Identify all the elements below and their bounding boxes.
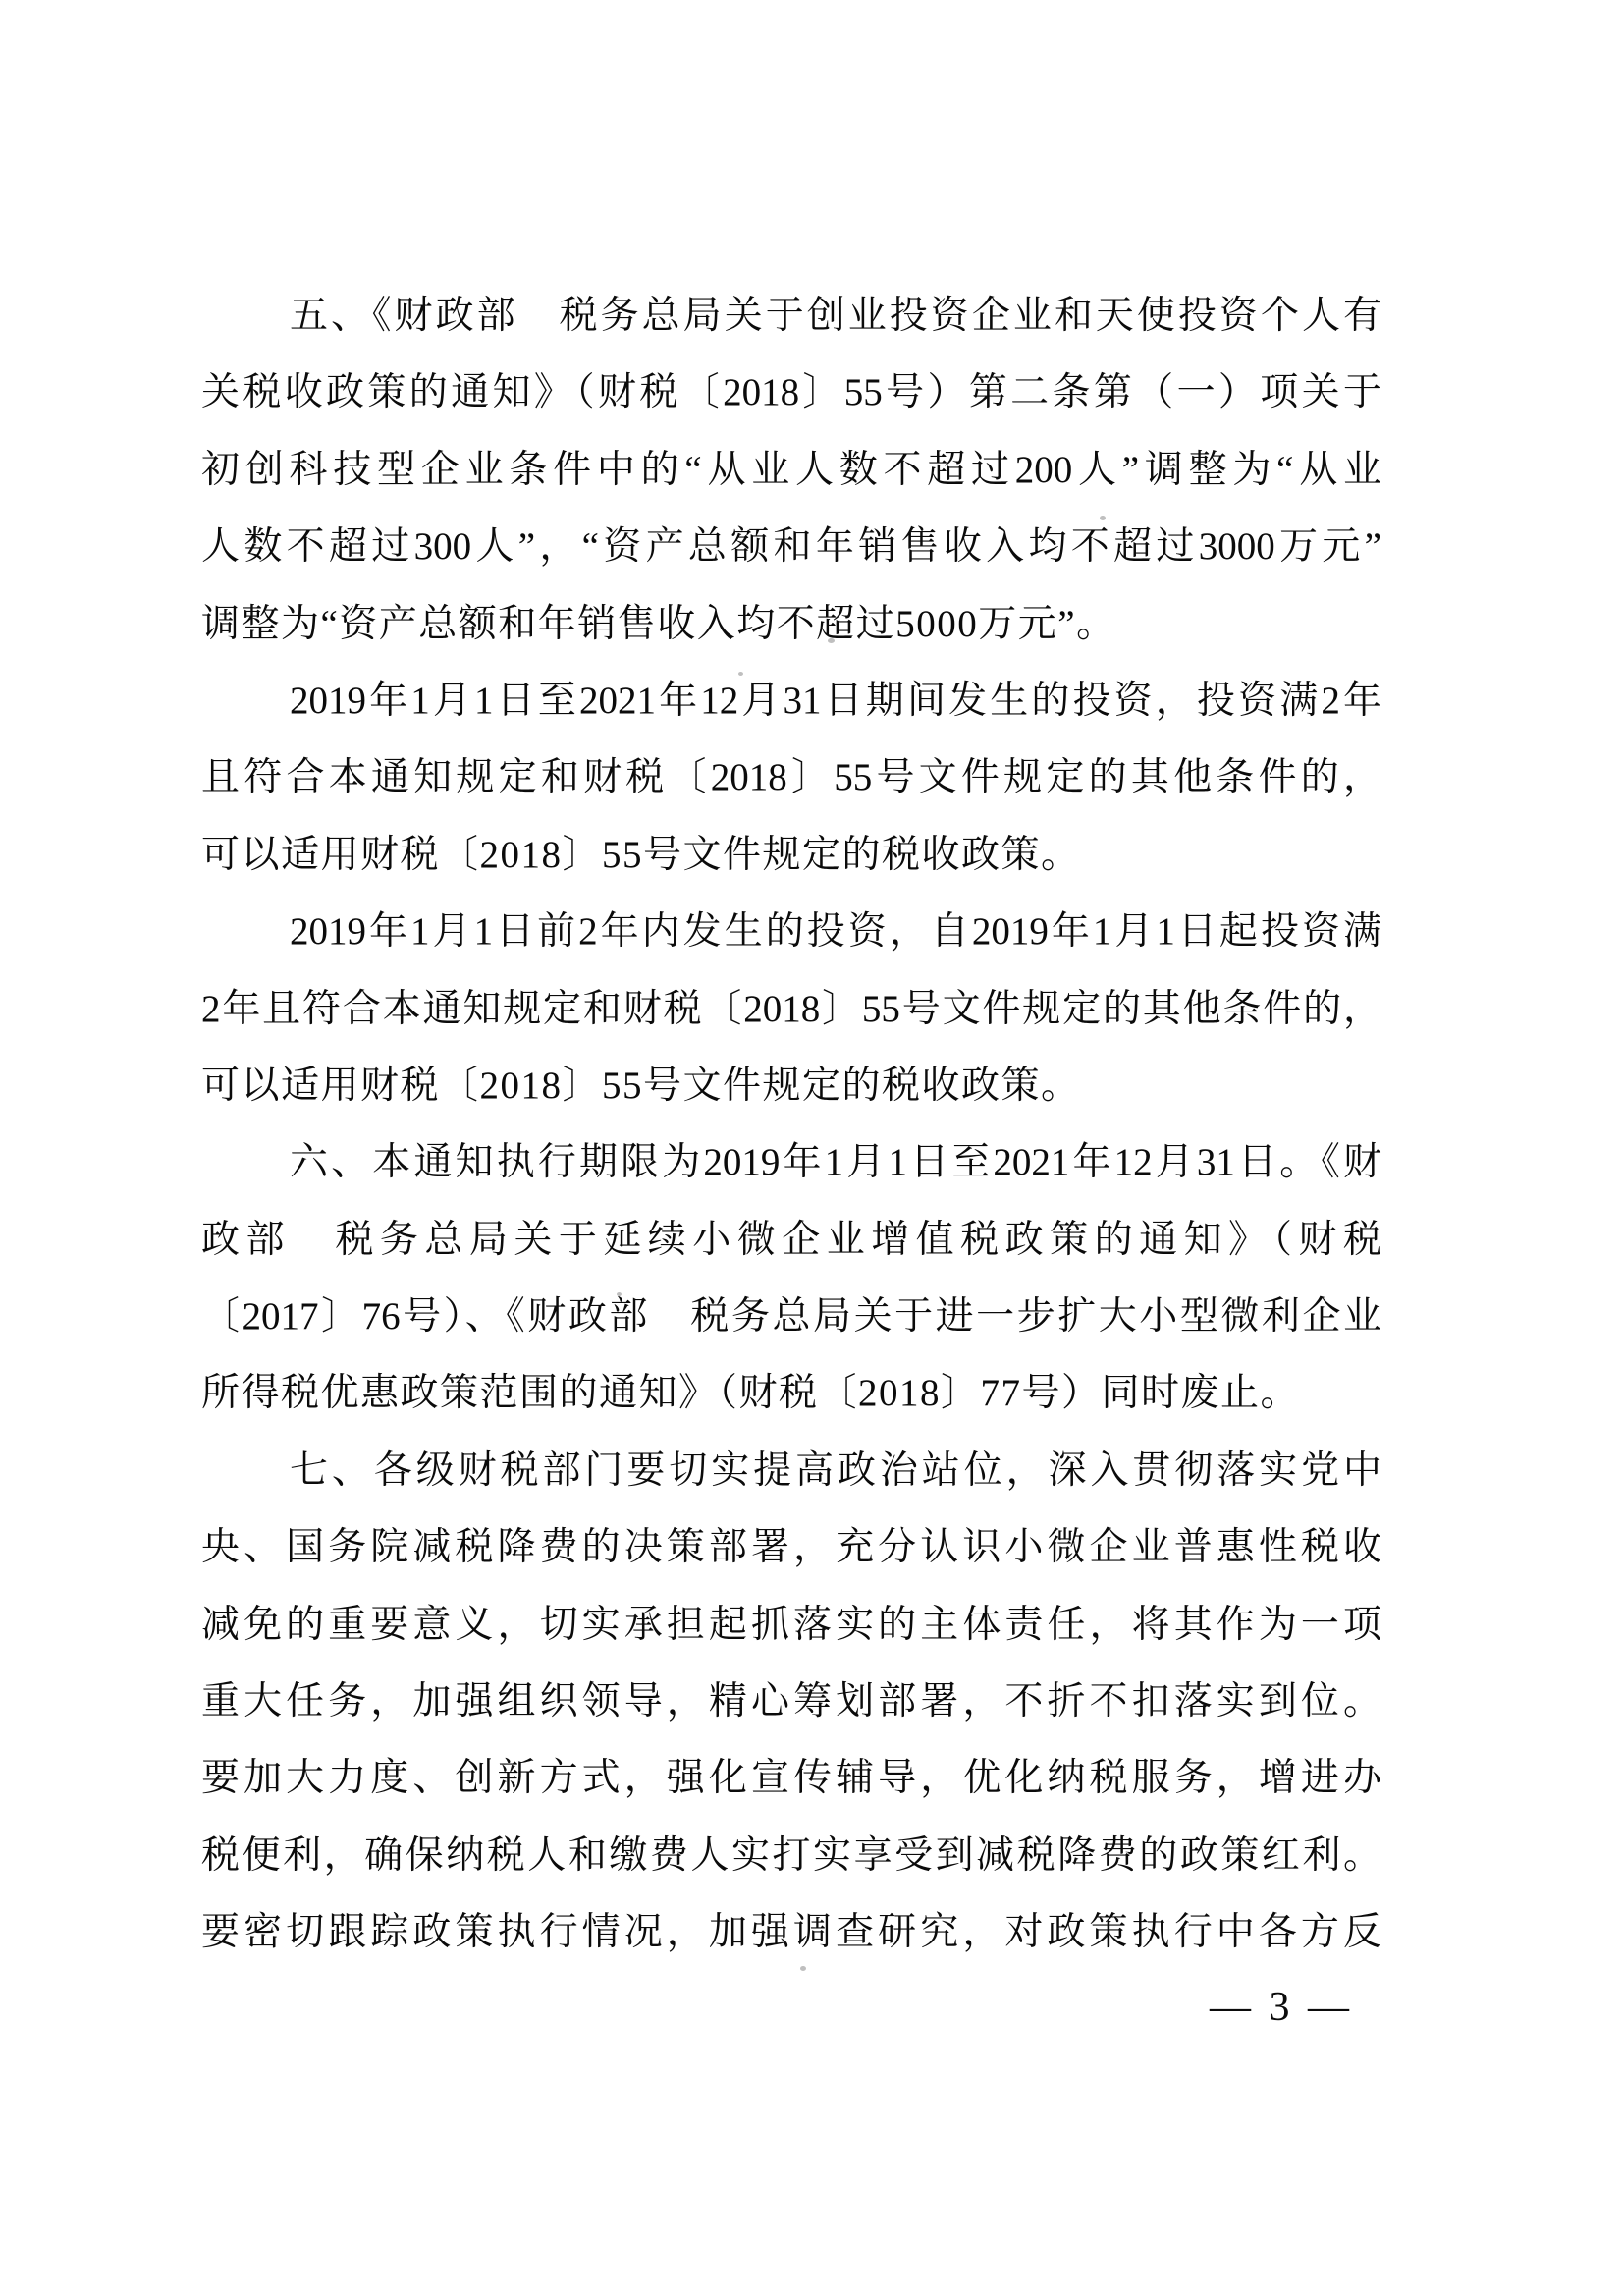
text-line: 七、各级财税部门要切实提高政治站位，深入贯彻落实党中 [201, 1433, 1381, 1509]
text-line: 2019年1月1日至2021年12月31日期间发生的投资，投资满2年 [201, 663, 1381, 739]
text-line: 调整为“资产总额和年销售收入均不超过5000万元”。 [201, 586, 1381, 663]
scan-speck [738, 672, 743, 676]
text-line: 可以适用财税〔2018〕55号文件规定的税收政策。 [201, 1048, 1381, 1124]
page-number: — 3 — [1193, 1976, 1370, 2039]
text-line: 所得税优惠政策范围的通知》（财税〔2018〕77号）同时废止。 [201, 1355, 1381, 1432]
text-line: 五、《财政部 税务总局关于创业投资企业和天使投资个人有 [201, 278, 1381, 355]
scan-speck [800, 1966, 806, 1971]
text-line: 2019年1月1日前2年内发生的投资，自2019年1月1日起投资满 [201, 894, 1381, 970]
text-line: 要密切跟踪政策执行情况，加强调查研究，对政策执行中各方反 [201, 1894, 1381, 1971]
text-line: 六、本通知执行期限为2019年1月1日至2021年12月31日。《财 [201, 1124, 1381, 1201]
text-line: 税便利，确保纳税人和缴费人实打实享受到减税降费的政策红利。 [201, 1818, 1381, 1894]
text-line: 初创科技型企业条件中的“从业人数不超过200人”调整为“从业 [201, 432, 1381, 509]
scan-speck [617, 1292, 622, 1296]
text-line: 要加大力度、创新方式，强化宣传辅导，优化纳税服务，增进办 [201, 1740, 1381, 1817]
text-line: 可以适用财税〔2018〕55号文件规定的税收政策。 [201, 817, 1381, 894]
body-text: 五、《财政部 税务总局关于创业投资企业和天使投资个人有 关税收政策的通知》（财税… [201, 278, 1381, 1972]
document-page: 五、《财政部 税务总局关于创业投资企业和天使投资个人有 关税收政策的通知》（财税… [0, 0, 1623, 2296]
scan-speck [828, 638, 835, 643]
text-line: 〔2017〕76号）、《财政部 税务总局关于进一步扩大小型微利企业 [201, 1279, 1381, 1355]
text-line: 关税收政策的通知》（财税〔2018〕55号）第二条第（一）项关于 [201, 355, 1381, 431]
text-line: 减免的重要意义，切实承担起抓落实的主体责任，将其作为一项 [201, 1587, 1381, 1664]
text-line: 政部 税务总局关于延续小微企业增值税政策的通知》（财税 [201, 1202, 1381, 1279]
text-line: 且符合本通知规定和财税〔2018〕55号文件规定的其他条件的， [201, 739, 1381, 816]
text-line: 重大任务，加强组织领导，精心筹划部署，不折不扣落实到位。 [201, 1664, 1381, 1740]
text-line: 央、国务院减税降费的决策部署，充分认识小微企业普惠性税收 [201, 1509, 1381, 1586]
text-line: 人数不超过300人”，“资产总额和年销售收入均不超过3000万元” [201, 509, 1381, 585]
scan-speck [1100, 516, 1106, 520]
text-line: 2年且符合本通知规定和财税〔2018〕55号文件规定的其他条件的， [201, 971, 1381, 1048]
